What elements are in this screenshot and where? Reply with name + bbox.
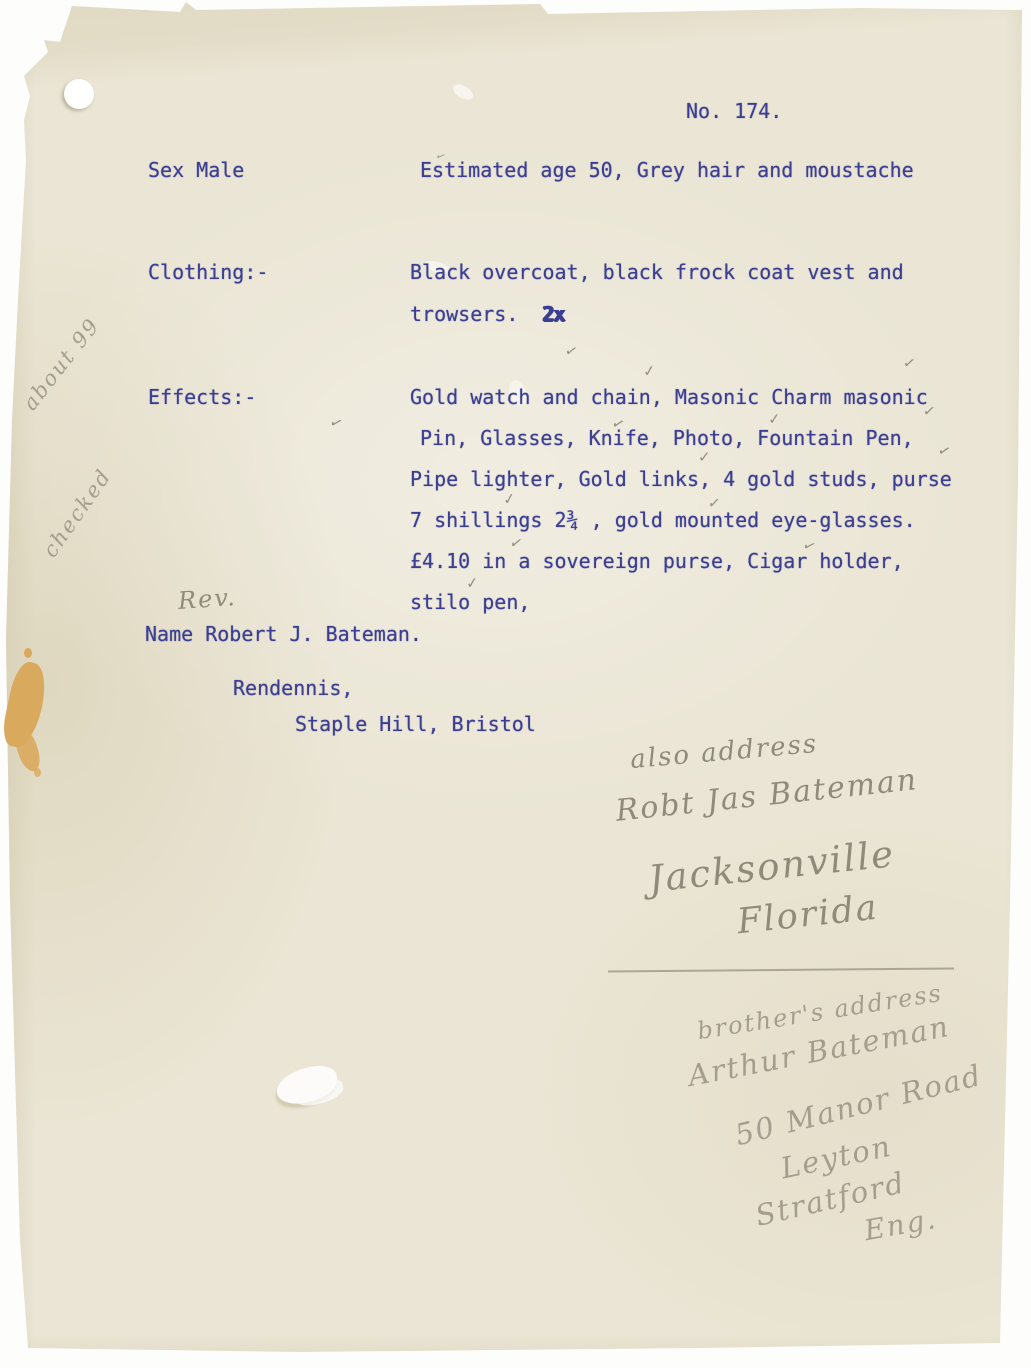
pencil-check-icon: ✓ [465, 573, 479, 592]
effects-line: Pin, Glasses, Knife, Photo, Fountain Pen… [420, 426, 914, 450]
rev-annotation: Rev. [177, 583, 237, 615]
case-number: No. 174. [686, 99, 782, 123]
stain-drop [24, 648, 32, 658]
clothing-line-2: trowsers. 2x [410, 302, 565, 326]
age-description: Estimated age 50, Grey hair and moustach… [420, 158, 914, 182]
name-line: Name Robert J. Bateman. [145, 622, 422, 646]
address-line-2: Staple Hill, Bristol [295, 712, 536, 736]
pencil-check-icon: ✓ [922, 401, 937, 421]
sex-field: Sex Male [148, 158, 244, 182]
effects-line: Pipe lighter, Gold links, 4 gold studs, … [410, 467, 952, 491]
effects-line: 7 shillings 2¾ , gold mounted eye-glasse… [410, 508, 916, 532]
hole-punch [64, 79, 94, 109]
pencil-check-icon: ✓ [707, 493, 721, 512]
clothing-line-1: Black overcoat, black frock coat vest an… [410, 260, 904, 284]
clothing-line-2-text: trowsers. [410, 302, 518, 326]
stain-drop [34, 768, 41, 777]
clothing-label: Clothing:- [148, 260, 268, 284]
effects-line: stilo pen, [410, 590, 530, 614]
pencil-check-icon: ✓ [642, 361, 657, 381]
pencil-check-icon: ✓ [698, 448, 711, 466]
clothing-overstrike: 2x [542, 302, 564, 326]
effects-line: Gold watch and chain, Masonic Charm maso… [410, 385, 928, 409]
pencil-check-icon: ✓ [767, 409, 781, 428]
scanned-document: No. 174. Sex Male Estimated age 50, Grey… [0, 0, 1031, 1368]
address-line-1: Rendennis, [233, 676, 353, 700]
effects-line: £4.10 in a sovereign purse, Cigar holder… [410, 549, 904, 573]
effects-label: Effects:- [148, 385, 256, 409]
